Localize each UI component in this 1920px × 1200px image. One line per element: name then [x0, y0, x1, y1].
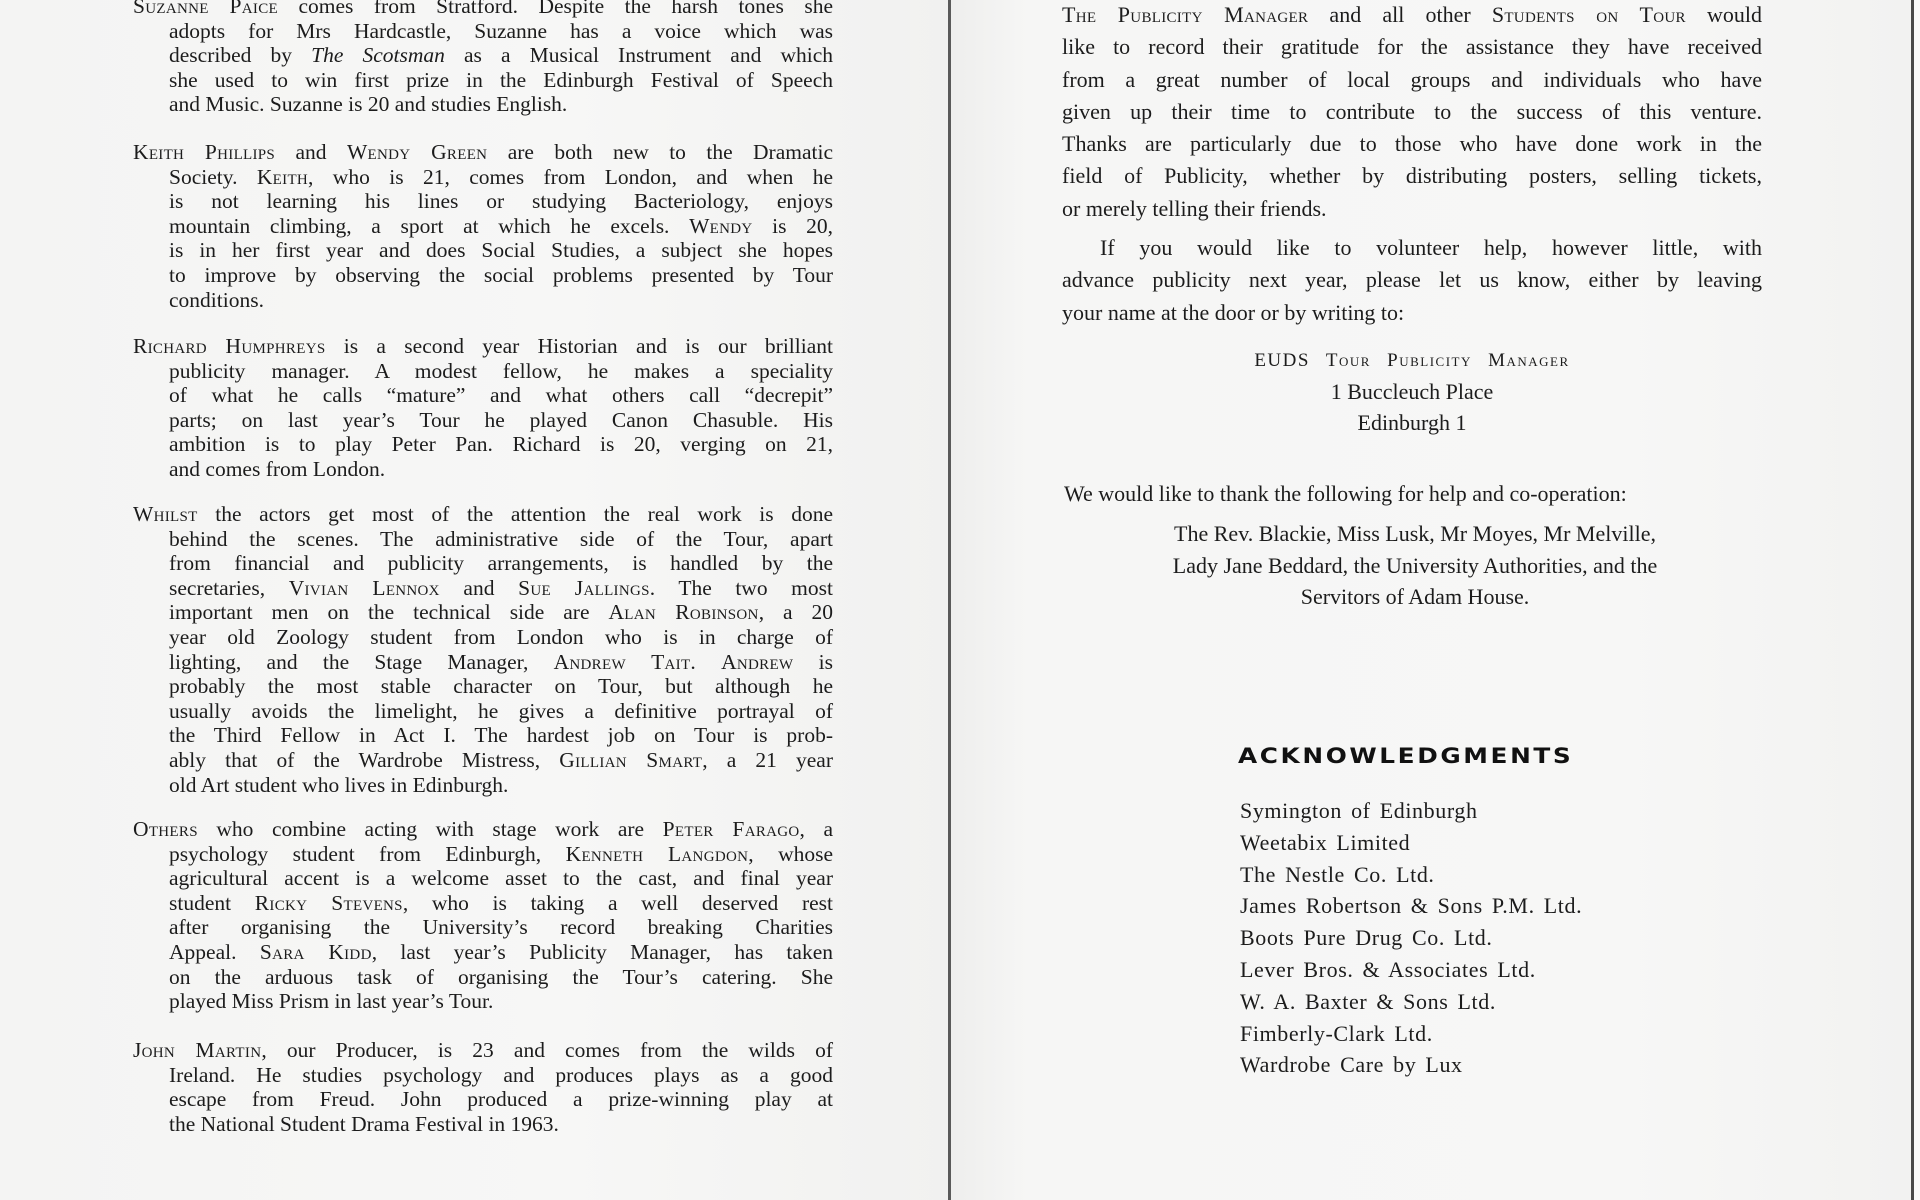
text-line: adopts for Mrs Hardcastle, Suzanne has a… [133, 19, 833, 44]
text-line: and comes from London. [133, 457, 833, 482]
text-line: Society. Keith, who is 21, comes from Lo… [133, 165, 833, 190]
text-line: she used to win first prize in the Edinb… [133, 68, 833, 93]
text-line: If you would like to volunteer help, how… [1062, 232, 1762, 264]
text-line: from financial and publicity arrangement… [133, 551, 833, 576]
acknowledgments-heading: ACKNOWLEDGMENTS [1238, 744, 1573, 768]
text-line: is not learning his lines or studying Ba… [133, 189, 833, 214]
text-line: described by The Scotsman as a Musical I… [133, 43, 833, 68]
text-line: Ireland. He studies psychology and produ… [133, 1063, 833, 1088]
text-line: ably that of the Wardrobe Mistress, Gill… [133, 748, 833, 773]
text-line: Appeal. Sara Kidd, last year’s Publicity… [133, 940, 833, 965]
paragraph-volunteer: If you would like to volunteer help, how… [1062, 232, 1762, 329]
thanks-line: Servitors of Adam House. [1100, 581, 1730, 613]
address-line-3: Edinburgh 1 [1062, 407, 1762, 438]
text-line: psychology student from Edinburgh, Kenne… [133, 842, 833, 867]
acknowledgment-item: W. A. Baxter & Sons Ltd. [1240, 986, 1582, 1018]
text-line: conditions. [133, 288, 833, 313]
acknowledgment-item: Symington of Edinburgh [1240, 795, 1582, 827]
text-line: from a great number of local groups and … [1062, 64, 1762, 96]
publicity-address: EUDS Tour Publicity Manager 1 Buccleuch … [1062, 345, 1762, 438]
text-line: ambition is to play Peter Pan. Richard i… [133, 432, 833, 457]
text-line: advance publicity next year, please let … [1062, 264, 1762, 296]
text-line: of what he calls “mature” and what other… [133, 383, 833, 408]
text-line: the Third Fellow in Act I. The hardest j… [133, 723, 833, 748]
text-line: Whilst the actors get most of the attent… [133, 502, 833, 527]
text-line: year old Zoology student from London who… [133, 625, 833, 650]
acknowledgment-item: Fimberly-Clark Ltd. [1240, 1018, 1582, 1050]
text-line: lighting, and the Stage Manager, Andrew … [133, 650, 833, 675]
thanks-line: The Rev. Blackie, Miss Lusk, Mr Moyes, M… [1100, 518, 1730, 550]
paragraph-gratitude: The Publicity Manager and all other Stud… [1062, 0, 1762, 225]
paragraph-keith-wendy: Keith Phillips and Wendy Green are both … [133, 140, 833, 312]
paragraph-richard-humphreys: Richard Humphreys is a second year Histo… [133, 334, 833, 482]
text-line: Thanks are particularly due to those who… [1062, 128, 1762, 160]
text-line: like to record their gratitude for the a… [1062, 31, 1762, 63]
acknowledgment-item: The Nestle Co. Ltd. [1240, 859, 1582, 891]
text-line: given up their time to contribute to the… [1062, 96, 1762, 128]
text-line: escape from Freud. John produced a prize… [133, 1087, 833, 1112]
text-line: John Martin, our Producer, is 23 and com… [133, 1038, 833, 1063]
acknowledgments-list: Symington of Edinburgh Weetabix Limited … [1240, 795, 1582, 1081]
text-line: or merely telling their friends. [1062, 193, 1762, 225]
text-line: is in her first year and does Social Stu… [133, 238, 833, 263]
text-line: old Art student who lives in Edinburgh. [133, 773, 833, 798]
acknowledgment-item: Lever Bros. & Associates Ltd. [1240, 954, 1582, 986]
text-line: usually avoids the limelight, he gives a… [133, 699, 833, 724]
background-strip [1914, 0, 1920, 1200]
thanks-line: Lady Jane Beddard, the University Author… [1100, 550, 1730, 582]
text-line: important men on the technical side are … [133, 600, 833, 625]
text-line: after organising the University’s record… [133, 915, 833, 940]
text-line: played Miss Prism in last year’s Tour. [133, 989, 833, 1014]
text-line: agricultural accent is a welcome asset t… [133, 866, 833, 891]
text-line: behind the scenes. The administrative si… [133, 527, 833, 552]
text-line: and Music. Suzanne is 20 and studies Eng… [133, 92, 833, 117]
paragraph-john-martin: John Martin, our Producer, is 23 and com… [133, 1038, 833, 1136]
text-line: mountain climbing, a sport at which he e… [133, 214, 833, 239]
text-line: your name at the door or by writing to: [1062, 297, 1762, 329]
thanks-list: The Rev. Blackie, Miss Lusk, Mr Moyes, M… [1100, 518, 1730, 613]
acknowledgment-item: Boots Pure Drug Co. Ltd. [1240, 922, 1582, 954]
paragraph-others: Others who combine acting with stage wor… [133, 817, 833, 1014]
text-line: the National Student Drama Festival in 1… [133, 1112, 833, 1137]
left-page: Suzanne Paice comes from Stratford. Desp… [0, 0, 949, 1200]
text-line: The Publicity Manager and all other Stud… [1062, 0, 1762, 31]
text-line: Others who combine acting with stage wor… [133, 817, 833, 842]
text-line: student Ricky Stevens, who is taking a w… [133, 891, 833, 916]
text-line: on the arduous task of organising the To… [133, 965, 833, 990]
paragraph-behind-the-scenes: Whilst the actors get most of the attent… [133, 502, 833, 797]
address-line-1: EUDS Tour Publicity Manager [1062, 345, 1762, 376]
thanks-intro: We would like to thank the following for… [1064, 478, 1764, 509]
text-line: parts; on last year’s Tour he played Can… [133, 408, 833, 433]
acknowledgment-item: Weetabix Limited [1240, 827, 1582, 859]
acknowledgment-item: Wardrobe Care by Lux [1240, 1049, 1582, 1081]
address-line-2: 1 Buccleuch Place [1062, 376, 1762, 407]
text-line: Suzanne Paice comes from Stratford. Desp… [133, 0, 833, 19]
text-line: Keith Phillips and Wendy Green are both … [133, 140, 833, 165]
text-line: Richard Humphreys is a second year Histo… [133, 334, 833, 359]
text-line: to improve by observing the social probl… [133, 263, 833, 288]
acknowledgment-item: James Robertson & Sons P.M. Ltd. [1240, 890, 1582, 922]
text-line: probably the most stable character on To… [133, 674, 833, 699]
text-line: publicity manager. A modest fellow, he m… [133, 359, 833, 384]
text-line: secretaries, Vivian Lennox and Sue Jalli… [133, 576, 833, 601]
text-line: field of Publicity, whether by distribut… [1062, 160, 1762, 192]
paragraph-suzanne-paice: Suzanne Paice comes from Stratford. Desp… [133, 0, 833, 117]
